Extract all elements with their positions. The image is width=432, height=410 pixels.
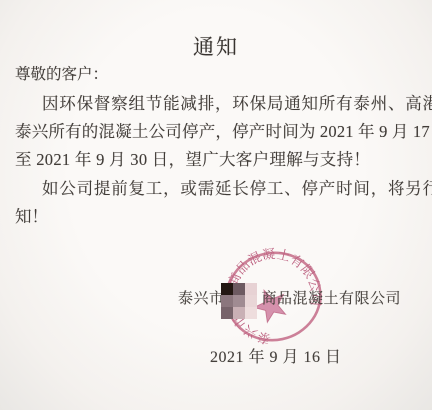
salutation: 尊敬的客户： — [15, 62, 108, 84]
body-line-5: 知！ — [15, 203, 48, 227]
company-signature: 泰兴市 商品混凝土有限公司 — [178, 287, 401, 308]
notice-title: 通知 — [0, 31, 432, 61]
notice-document: 通知 尊敬的客户： 因环保督察组节能减排，环保局通知所有泰州、高港、 泰兴所有的… — [0, 0, 432, 410]
redaction-mosaic — [221, 283, 257, 319]
body-line-3: 至 2021 年 9 月 30 日，望广大客户理解与支持！ — [15, 146, 370, 170]
body-line-1: 因环保督察组节能减排，环保局通知所有泰州、高港、 — [42, 90, 432, 114]
company-name-suffix: 商品混凝土有限公司 — [262, 287, 402, 308]
company-name-prefix: 泰兴市 — [178, 287, 225, 308]
body-line-2: 泰兴所有的混凝土公司停产，停产时间为 2021 年 9 月 17 日 — [15, 118, 432, 142]
body-line-4: 如公司提前复工，或需延长停工、停产时间，将另行通 — [42, 175, 432, 199]
date-line: 2021 年 9 月 16 日 — [210, 344, 342, 367]
